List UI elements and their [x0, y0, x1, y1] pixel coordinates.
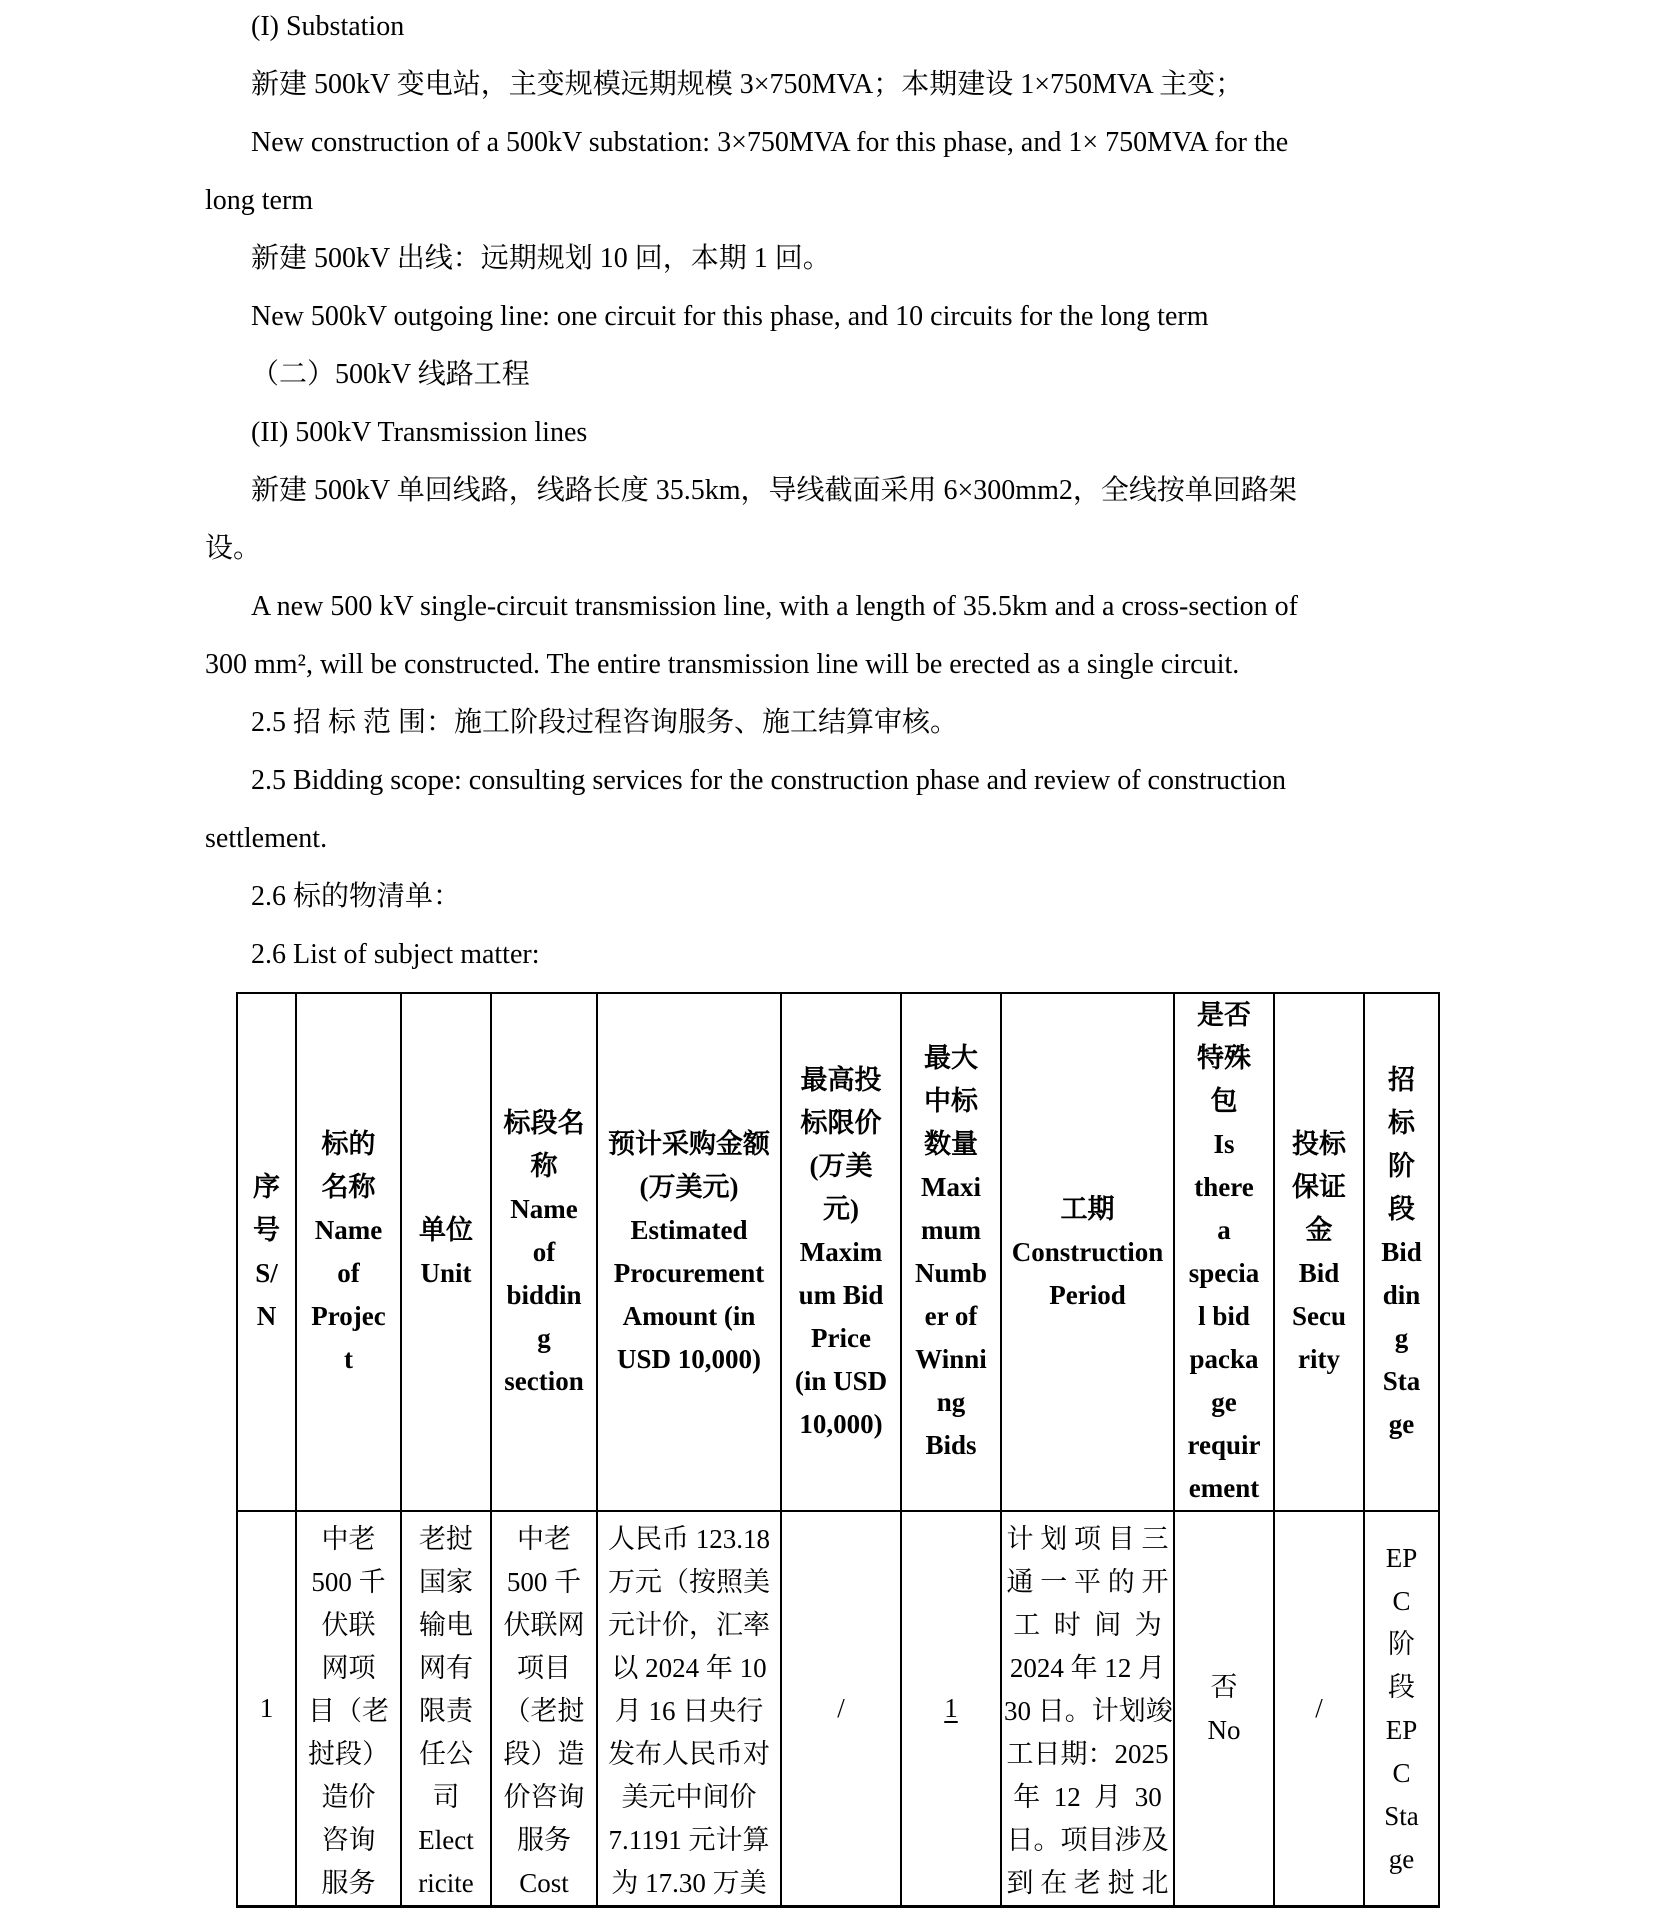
text-line: (II) 500kV Transmission lines	[205, 404, 1465, 462]
text-line: 新建 500kV 变电站，主变规模远期规模 3×750MVA；本期建设 1×75…	[205, 56, 1465, 114]
text-line: New construction of a 500kV substation: …	[205, 114, 1465, 172]
text-line: 2.5 招 标 范 围：施工阶段过程咨询服务、施工结算审核。	[205, 694, 1465, 752]
col-header-construction-period: 工期 Construction Period	[1001, 993, 1174, 1511]
cell-maximum-bid-price: /	[781, 1511, 901, 1907]
cell-estimated-procurement-amount: 人民币 123.18 万元（按照美 元计价，汇率 以 2024 年 10 月 1…	[597, 1511, 781, 1907]
text-line: New 500kV outgoing line: one circuit for…	[205, 288, 1465, 346]
subject-matter-table: 序 号 S/ N 标的 名称 Name of Projec t 单位 Unit …	[236, 992, 1440, 1908]
cell-bidding-section-name: 中老 500 千 伏联网 项目 （老挝 段）造 价咨询 服务 Cost	[491, 1511, 597, 1907]
text-line: （二）500kV 线路工程	[205, 346, 1465, 404]
text-line: 300 mm², will be constructed. The entire…	[205, 636, 1465, 694]
col-header-maximum-bid-price: 最高投 标限价 (万美 元) Maxim um Bid Price (in US…	[781, 993, 901, 1511]
text-line: settlement.	[205, 810, 1465, 868]
text-line: 2.6 标的物清单：	[205, 868, 1465, 926]
text-line: 新建 500kV 出线：远期规划 10 回，本期 1 回。	[205, 230, 1465, 288]
text-line: (I) Substation	[205, 0, 1465, 56]
body-text: (I) Substation 新建 500kV 变电站，主变规模远期规模 3×7…	[205, 0, 1465, 984]
cell-bidding-stage: EP C 阶 段 EP C Sta ge	[1364, 1511, 1439, 1907]
text-line: 2.5 Bidding scope: consulting services f…	[205, 752, 1465, 810]
col-header-project-name: 标的 名称 Name of Projec t	[296, 993, 401, 1511]
table-header-row: 序 号 S/ N 标的 名称 Name of Projec t 单位 Unit …	[237, 993, 1439, 1511]
text-line: 新建 500kV 单回线路，线路长度 35.5km，导线截面采用 6×300mm…	[205, 462, 1465, 520]
col-header-maximum-number-of-winning-bids: 最大 中标 数量 Maxi mum Numb er of Winni ng Bi…	[901, 993, 1001, 1511]
col-header-bidding-stage: 招 标 阶 段 Bid din g Sta ge	[1364, 993, 1439, 1511]
col-header-special-bid-package: 是否 特殊 包 Is there a specia l bid packa ge…	[1174, 993, 1274, 1511]
col-header-bidding-section-name: 标段名 称 Name of biddin g section	[491, 993, 597, 1511]
cell-unit: 老挝 国家 输电 网有 限责 任公 司 Elect ricite	[401, 1511, 491, 1907]
text-line: A new 500 kV single-circuit transmission…	[205, 578, 1465, 636]
col-header-bid-security: 投标 保证 金 Bid Secu rity	[1274, 993, 1364, 1511]
cell-special-bid-package: 否 No	[1174, 1511, 1274, 1907]
cell-maximum-number-of-winning-bids: 1	[901, 1511, 1001, 1907]
col-header-estimated-procurement-amount: 预计采购金额 (万美元) Estimated Procurement Amoun…	[597, 993, 781, 1511]
text-line: 2.6 List of subject matter:	[205, 926, 1465, 984]
cell-project-name: 中老 500 千 伏联 网项 目（老 挝段） 造价 咨询 服务	[296, 1511, 401, 1907]
table-row: 1 中老 500 千 伏联 网项 目（老 挝段） 造价 咨询 服务 老挝 国家 …	[237, 1511, 1439, 1907]
cell-bid-security: /	[1274, 1511, 1364, 1907]
cell-construction-period: 计 划 项 目 三 通 一 平 的 开 工 时 间 为 2024 年 12 月 …	[1001, 1511, 1174, 1907]
text-line: long term	[205, 172, 1465, 230]
col-header-serial-number: 序 号 S/ N	[237, 993, 296, 1511]
col-header-unit: 单位 Unit	[401, 993, 491, 1511]
cell-serial-number: 1	[237, 1511, 296, 1907]
text-line: 设。	[205, 520, 1465, 578]
document-page: (I) Substation 新建 500kV 变电站，主变规模远期规模 3×7…	[0, 0, 1654, 1914]
